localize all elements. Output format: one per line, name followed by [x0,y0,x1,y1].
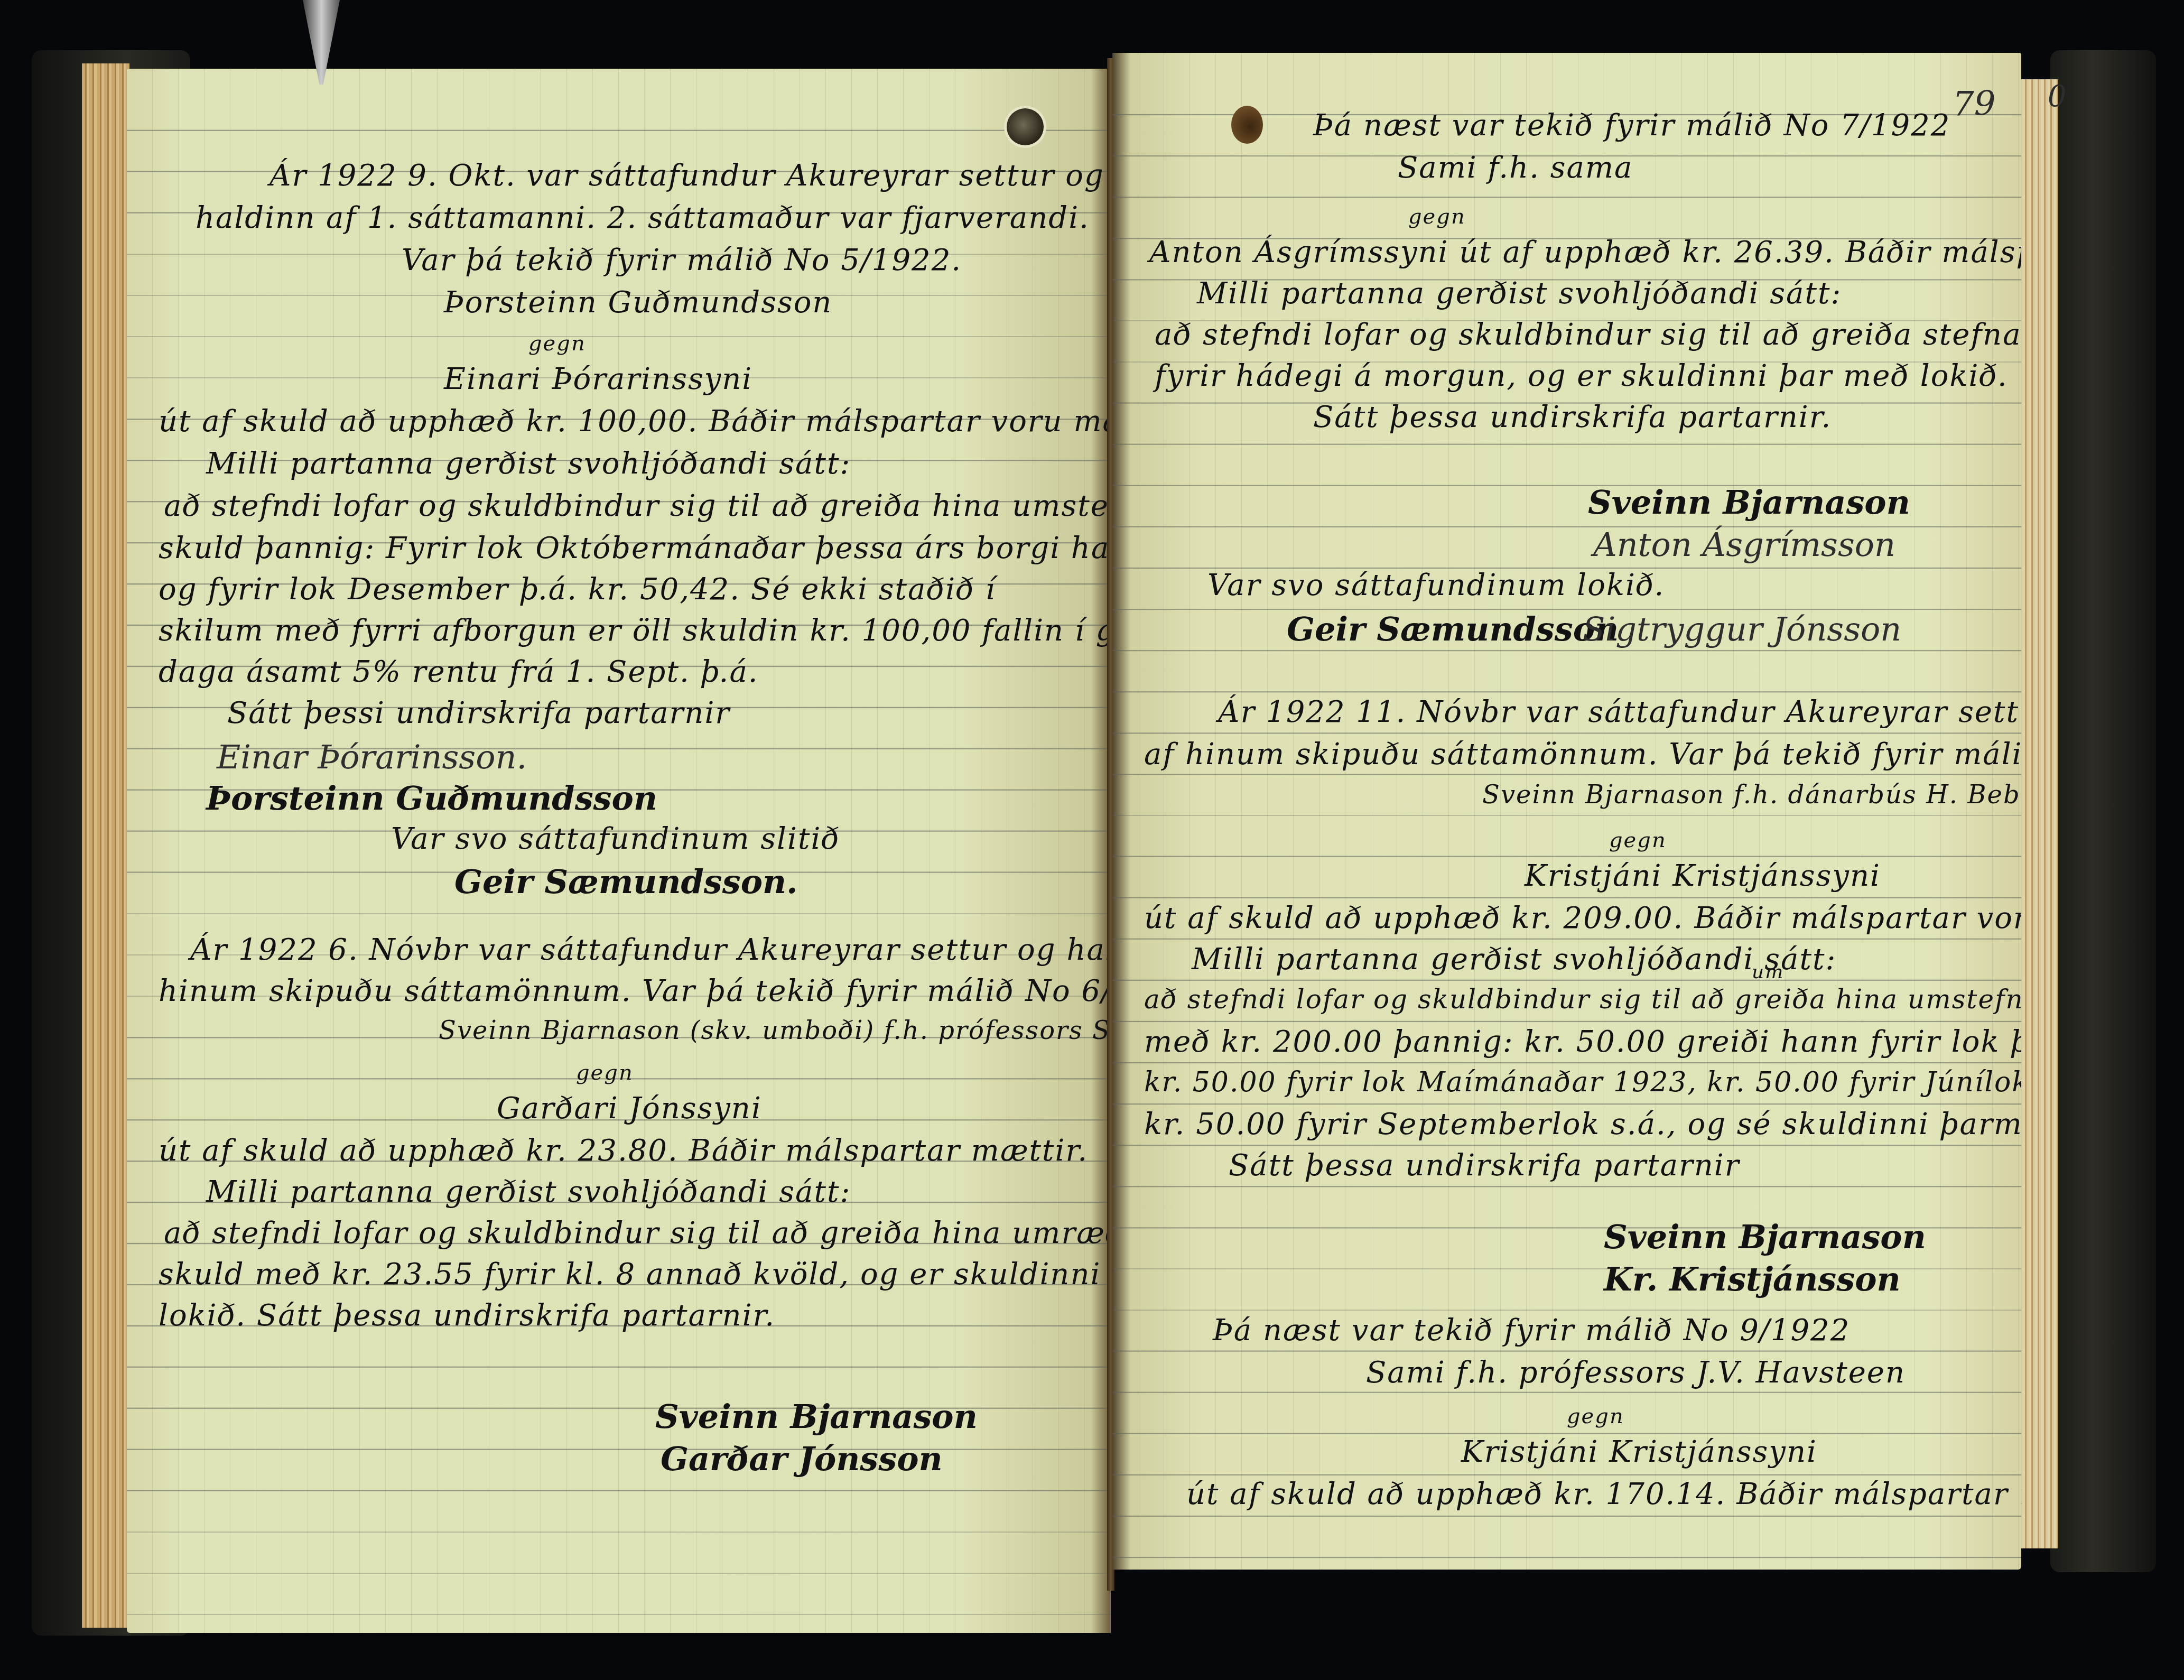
text-line: Milli partanna gerðist svohljóðandi sátt… [1197,279,1842,309]
page-stack-left [82,63,129,1628]
text-line: af hinum skipuðu sáttamönnum. Var þá tek… [1144,740,2021,769]
signature: Einar Þórarinsson. [217,741,527,774]
closing-statement: Var svo sáttafundinum lokið. [1207,571,1665,600]
text-line: Milli partanna gerðist svohljóðandi sátt… [206,449,851,479]
text-line: með kr. 200.00 þannig: kr. 50.00 greiði … [1144,1027,2021,1057]
signature: Garðar Jónsson [661,1443,943,1475]
text-line: að stefndi lofar og skuldbindur sig til … [164,491,1111,521]
text-line: lokið. Sátt þessa undirskrifa partarnir. [159,1301,775,1331]
text-line: Sátt þessa undirskrifa partarnir [1229,1151,1740,1181]
signature: Geir Sæmundsson. [454,866,798,898]
signature: Sveinn Bjarnason [1588,486,1910,519]
text-line: Sátt þessi undirskrifa partarnir [227,699,730,728]
punch-hole [1231,106,1263,144]
plaintiff-name: Sami f.h. prófessors J.V. Havsteen [1366,1358,1906,1388]
plaintiff-name: Sami f.h. sama [1398,153,1633,183]
plaintiff-name: Sveinn Bjarnason (skv. umboði) f.h. próf… [439,1018,1111,1043]
signature: Sigtryggur Jónsson [1583,613,1901,646]
text-line: að stefndi lofar og skuldbindur sig til … [1144,986,2021,1013]
signature: Sveinn Bjarnason [1604,1221,1926,1254]
case-heading: Þá næst var tekið fyrir málið No 9/1922 [1213,1316,1850,1345]
defendant-name: Kristjáni Kristjánssyni [1525,861,1881,891]
text-line: fyrir hádegi á morgun, og er skuldinni þ… [1155,361,2008,391]
text-line: skuld þannig: Fyrir lok Októbermánaðar þ… [159,534,1111,563]
text-line: Anton Ásgrímssyni út af upphæð kr. 26.39… [1149,238,2021,267]
page-stack-right [2016,79,2058,1548]
text-line: hinum skipuðu sáttamönnum. Var þá tekið … [159,977,1111,1006]
text-line: Ár 1922 6. Nóvbr var sáttafundur Akureyr… [190,935,1111,965]
versus-label: gegn [1408,206,1466,227]
left-page: Ár 1922 9. Okt. var sáttafundur Akureyra… [127,69,1111,1633]
text-line: út af skuld að upphæð kr. 170.14. Báðir … [1186,1480,2021,1509]
case-heading: Þá næst var tekið fyrir málið No 7/1922 [1313,111,1950,141]
text-line: Ár 1922 11. Nóvbr var sáttafundur Akurey… [1218,698,2021,727]
text-line: út af skuld að upphæð kr. 23.80. Báðir m… [159,1136,1088,1166]
case-heading: Var þá tekið fyrir málið No 5/1922. [402,246,962,275]
versus-label: gegn [528,333,586,354]
plaintiff-name: Þorsteinn Guðmundsson [444,288,832,318]
text-line: skuld með kr. 23.55 fyrir kl. 8 annað kv… [159,1260,1111,1289]
defendant-name: Kristjáni Kristjánssyni [1461,1437,1817,1467]
text-line: út af skuld að upphæð kr. 100,00. Báðir … [159,407,1111,437]
defendant-name: Garðari Jónssyni [497,1094,762,1124]
signature: Sveinn Bjarnason [655,1400,978,1433]
text-line: kr. 50.00 fyrir Septemberlok s.á., og sé… [1144,1110,2021,1139]
text-line: og fyrir lok Desember þ.á. kr. 50,42. Sé… [159,575,996,605]
versus-label: gegn [1567,1406,1624,1427]
plaintiff-name: Sveinn Bjarnason f.h. dánarbús H. Bebens… [1482,782,2021,807]
text-line: út af skuld að upphæð kr. 209.00. Báðir … [1144,904,2021,933]
insertion-mark: um [1752,963,1784,982]
text-line: haldinn af 1. sáttamanni. 2. sáttamaður … [196,203,1090,233]
closing-statement: Var svo sáttafundinum slitið [391,824,840,854]
defendant-name: Einari Þórarinssyni [444,365,752,394]
text-line: Ár 1922 9. Okt. var sáttafundur Akureyra… [269,161,1104,191]
signature: Geir Sæmundsson [1287,613,1619,646]
text-line: að stefndi lofar og skuldbindur sig til … [1155,320,2021,350]
next-page-number-edge: 0 [2048,79,2067,114]
text-line: Milli partanna gerðist svohljóðandi sátt… [1192,945,1836,974]
text-line: skilum með fyrri afborgun er öll skuldin… [159,616,1111,646]
text-line: Milli partanna gerðist svohljóðandi sátt… [206,1177,851,1207]
signature: Anton Ásgrímsson [1593,528,1895,561]
signature: Kr. Kristjánsson [1604,1263,1901,1296]
signature: Þorsteinn Guðmundsson [206,782,657,815]
punch-hole [1007,108,1044,145]
page-number: 79 [1953,85,1995,124]
text-line: að stefndi lofar og skuldbindur sig til … [164,1219,1111,1248]
right-page: 79 Þá næst var tekið fyrir málið No 7/19… [1112,53,2021,1570]
versus-label: gegn [1609,830,1667,851]
versus-label: gegn [576,1062,634,1083]
text-line: Sátt þessa undirskrifa partarnir. [1313,403,1832,432]
text-line: daga ásamt 5% rentu frá 1. Sept. þ.á. [159,657,759,687]
text-line: kr. 50.00 fyrir lok Maímánaðar 1923, kr.… [1144,1069,2021,1096]
book-cover-right [2050,50,2156,1572]
